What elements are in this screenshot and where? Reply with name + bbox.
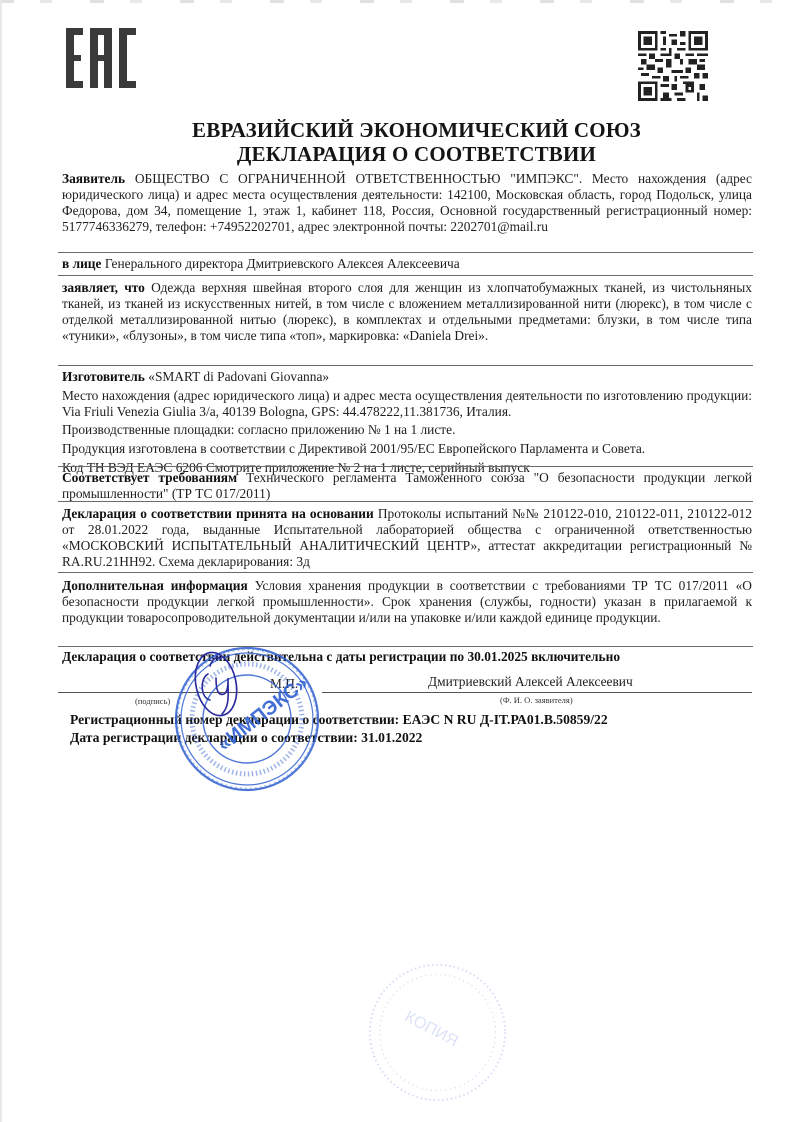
manufacturer-section: Изготовитель «SMART di Padovani Giovanna… (62, 369, 752, 476)
scan-edge-noise (0, 0, 793, 3)
registration-number: Регистрационный номер декларации о соотв… (70, 712, 608, 728)
divider (58, 252, 753, 253)
additional-info-section: Дополнительная информация Условия хранен… (62, 578, 752, 626)
divider (58, 501, 753, 502)
represented-by-section: в лице Генерального директора Дмитриевск… (62, 256, 752, 272)
applicant-label: Заявитель (62, 171, 125, 186)
company-stamp-icon: «ИМПЭКС» (172, 644, 322, 794)
faint-stamp-watermark: КОПИЯ (365, 960, 510, 1105)
represented-by-text: Генерального директора Дмитриевского Але… (105, 256, 460, 271)
divider (58, 466, 753, 467)
eac-mark-icon (66, 28, 138, 90)
svg-text:КОПИЯ: КОПИЯ (402, 1008, 461, 1051)
scan-left-edge (0, 0, 2, 1122)
manufacturer-name: «SMART di Padovani Giovanna» (148, 369, 329, 384)
applicant-text: ОБЩЕСТВО С ОГРАНИЧЕННОЙ ОТВЕТСТВЕННОСТЬЮ… (62, 171, 752, 234)
signature-caption: (подпись) (135, 696, 170, 706)
signer-name-line (322, 692, 752, 693)
declares-label: заявляет, что (62, 280, 145, 295)
declares-text: Одежда верхняя швейная второго слоя для … (62, 280, 752, 343)
manufacturer-sites: Производственные площадки: согласно прил… (62, 422, 752, 438)
validity-statement: Декларация о соответствии действительна … (62, 649, 752, 665)
signer-caption: (Ф. И. О. заявителя) (500, 695, 573, 705)
divider (58, 572, 753, 573)
manufacturer-label: Изготовитель (62, 369, 145, 384)
represented-by-label: в лице (62, 256, 101, 271)
basis-section: Декларация о соответствии принята на осн… (62, 506, 752, 570)
conforms-label: Соответствует требованиям (62, 470, 237, 485)
qr-code-icon[interactable] (638, 30, 708, 102)
divider (58, 275, 753, 276)
divider (58, 646, 753, 647)
signer-name: Дмитриевский Алексей Алексеевич (428, 674, 633, 690)
conforms-section: Соответствует требованиям Технического р… (62, 470, 752, 502)
manufacturer-address: Место нахождения (адрес юридического лиц… (62, 388, 752, 420)
basis-label: Декларация о соответствии принята на осн… (62, 506, 374, 521)
divider (58, 365, 753, 366)
additional-info-label: Дополнительная информация (62, 578, 248, 593)
document-title: ДЕКЛАРАЦИЯ О СООТВЕТСТВИИ (20, 142, 793, 167)
manufacturer-directive: Продукция изготовлена в соответствии с Д… (62, 441, 752, 457)
document-issuer-title: ЕВРАЗИЙСКИЙ ЭКОНОМИЧЕСКИЙ СОЮЗ (20, 118, 793, 143)
applicant-section: Заявитель ОБЩЕСТВО С ОГРАНИЧЕННОЙ ОТВЕТС… (62, 171, 752, 235)
declares-section: заявляет, что Одежда верхняя швейная вто… (62, 280, 752, 344)
